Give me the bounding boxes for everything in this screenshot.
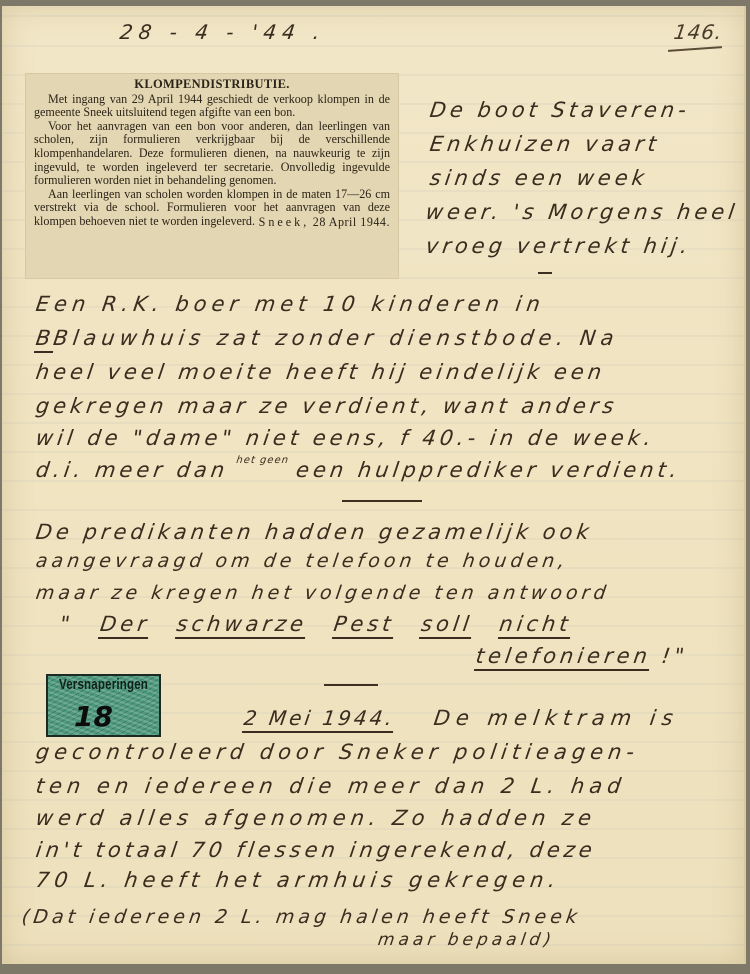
quote-word: Pest — [332, 612, 397, 639]
milk-tram-line: ten en iedereen die meer dan 2 L. had — [34, 774, 627, 798]
boat-line: Enkhuizen vaart — [428, 132, 662, 156]
entry-date-underlined: 2 Mei 1944. — [242, 706, 397, 733]
boat-line: sinds een week — [428, 166, 649, 190]
farmer-line: BBlauwhuis zat zonder dienstbode. Na — [34, 326, 620, 350]
quote-close: !" — [660, 644, 689, 668]
boat-line: vroeg vertrekt hij. — [424, 234, 693, 258]
farmer-line: heel veel moeite heeft hij eindelijk een — [34, 360, 607, 384]
newspaper-clipping: KLOMPENDISTRIBUTIE. Met ingang van 29 Ap… — [26, 74, 398, 278]
separator — [342, 500, 422, 502]
milk-tram-line: in't totaal 70 flessen ingerekend, deze — [34, 838, 597, 862]
diary-page: 28 - 4 - '44 . 146. KLOMPENDISTRIBUTIE. … — [2, 6, 746, 964]
farmer-text: d.i. meer dan — [34, 458, 230, 482]
boat-line: De boot Staveren- — [428, 98, 691, 122]
preachers-line: maar ze kregen het volgende ten antwoord — [34, 582, 611, 604]
stamp-label: Versnaperingen — [48, 677, 159, 693]
farmer-text: Blauwhuis zat zonder dienstbode. Na — [52, 326, 621, 350]
farmer-text: hulpprediker verdient. — [356, 458, 682, 482]
clipping-place: Sneek, — [259, 215, 310, 229]
note-line: maar bepaald) — [377, 930, 557, 950]
boat-line: weer. 's Morgens heel — [424, 200, 740, 224]
clipping-paragraph: Voor het aanvragen van een bon voor ande… — [34, 120, 390, 188]
quote-line: " Der schwarze Pest soll nicht — [58, 612, 573, 636]
clipping-paragraph: Met ingang van 29 April 1944 geschiedt d… — [34, 93, 390, 120]
quote-word: nicht — [497, 612, 573, 639]
milk-tram-line: 70 L. heeft het armhuis gekregen. — [34, 868, 562, 892]
milk-tram-line: De melktram is — [432, 706, 680, 730]
milk-tram-line: gecontroleerd door Sneker politieagen- — [34, 740, 640, 764]
quote-line: telefonieren !" — [474, 644, 689, 668]
superscript-correction: het geen — [236, 455, 290, 466]
farmer-line: d.i. meer dan het geen een hulpprediker … — [34, 458, 682, 482]
farmer-text: een — [295, 458, 350, 482]
quote-word: schwarze — [175, 612, 309, 639]
milk-tram-line: werd alles afgenomen. Zo hadden ze — [34, 806, 597, 830]
clipping-title: KLOMPENDISTRIBUTIE. — [34, 78, 390, 92]
separator — [324, 684, 378, 686]
stamp-number: 18 — [74, 700, 113, 733]
quote-word: Der — [98, 612, 152, 639]
quote-word: telefonieren — [474, 644, 653, 671]
note-line: (Dat iedereen 2 L. mag halen heeft Sneek — [20, 906, 582, 928]
entry-date: 28 - 4 - '44 . — [118, 20, 327, 44]
milk-tram-date: 2 Mei 1944. — [242, 706, 396, 730]
quote-open: " — [58, 612, 75, 636]
farmer-line: Een R.K. boer met 10 kinderen in — [34, 292, 546, 316]
preachers-line: aangevraagd om de telefoon te houden, — [34, 550, 569, 572]
separator — [538, 272, 552, 274]
farmer-line: gekregen maar ze verdient, want anders — [34, 394, 619, 418]
page-number: 146. — [672, 20, 724, 44]
ration-stamp: Versnaperingen 18 — [46, 674, 161, 737]
quote-word: soll — [419, 612, 474, 639]
clipping-date: 28 April 1944. — [313, 215, 390, 229]
preachers-line: De predikanten hadden gezamelijk ook — [34, 520, 594, 544]
farmer-line: wil de "dame" niet eens, f 40.- in de we… — [34, 426, 656, 450]
